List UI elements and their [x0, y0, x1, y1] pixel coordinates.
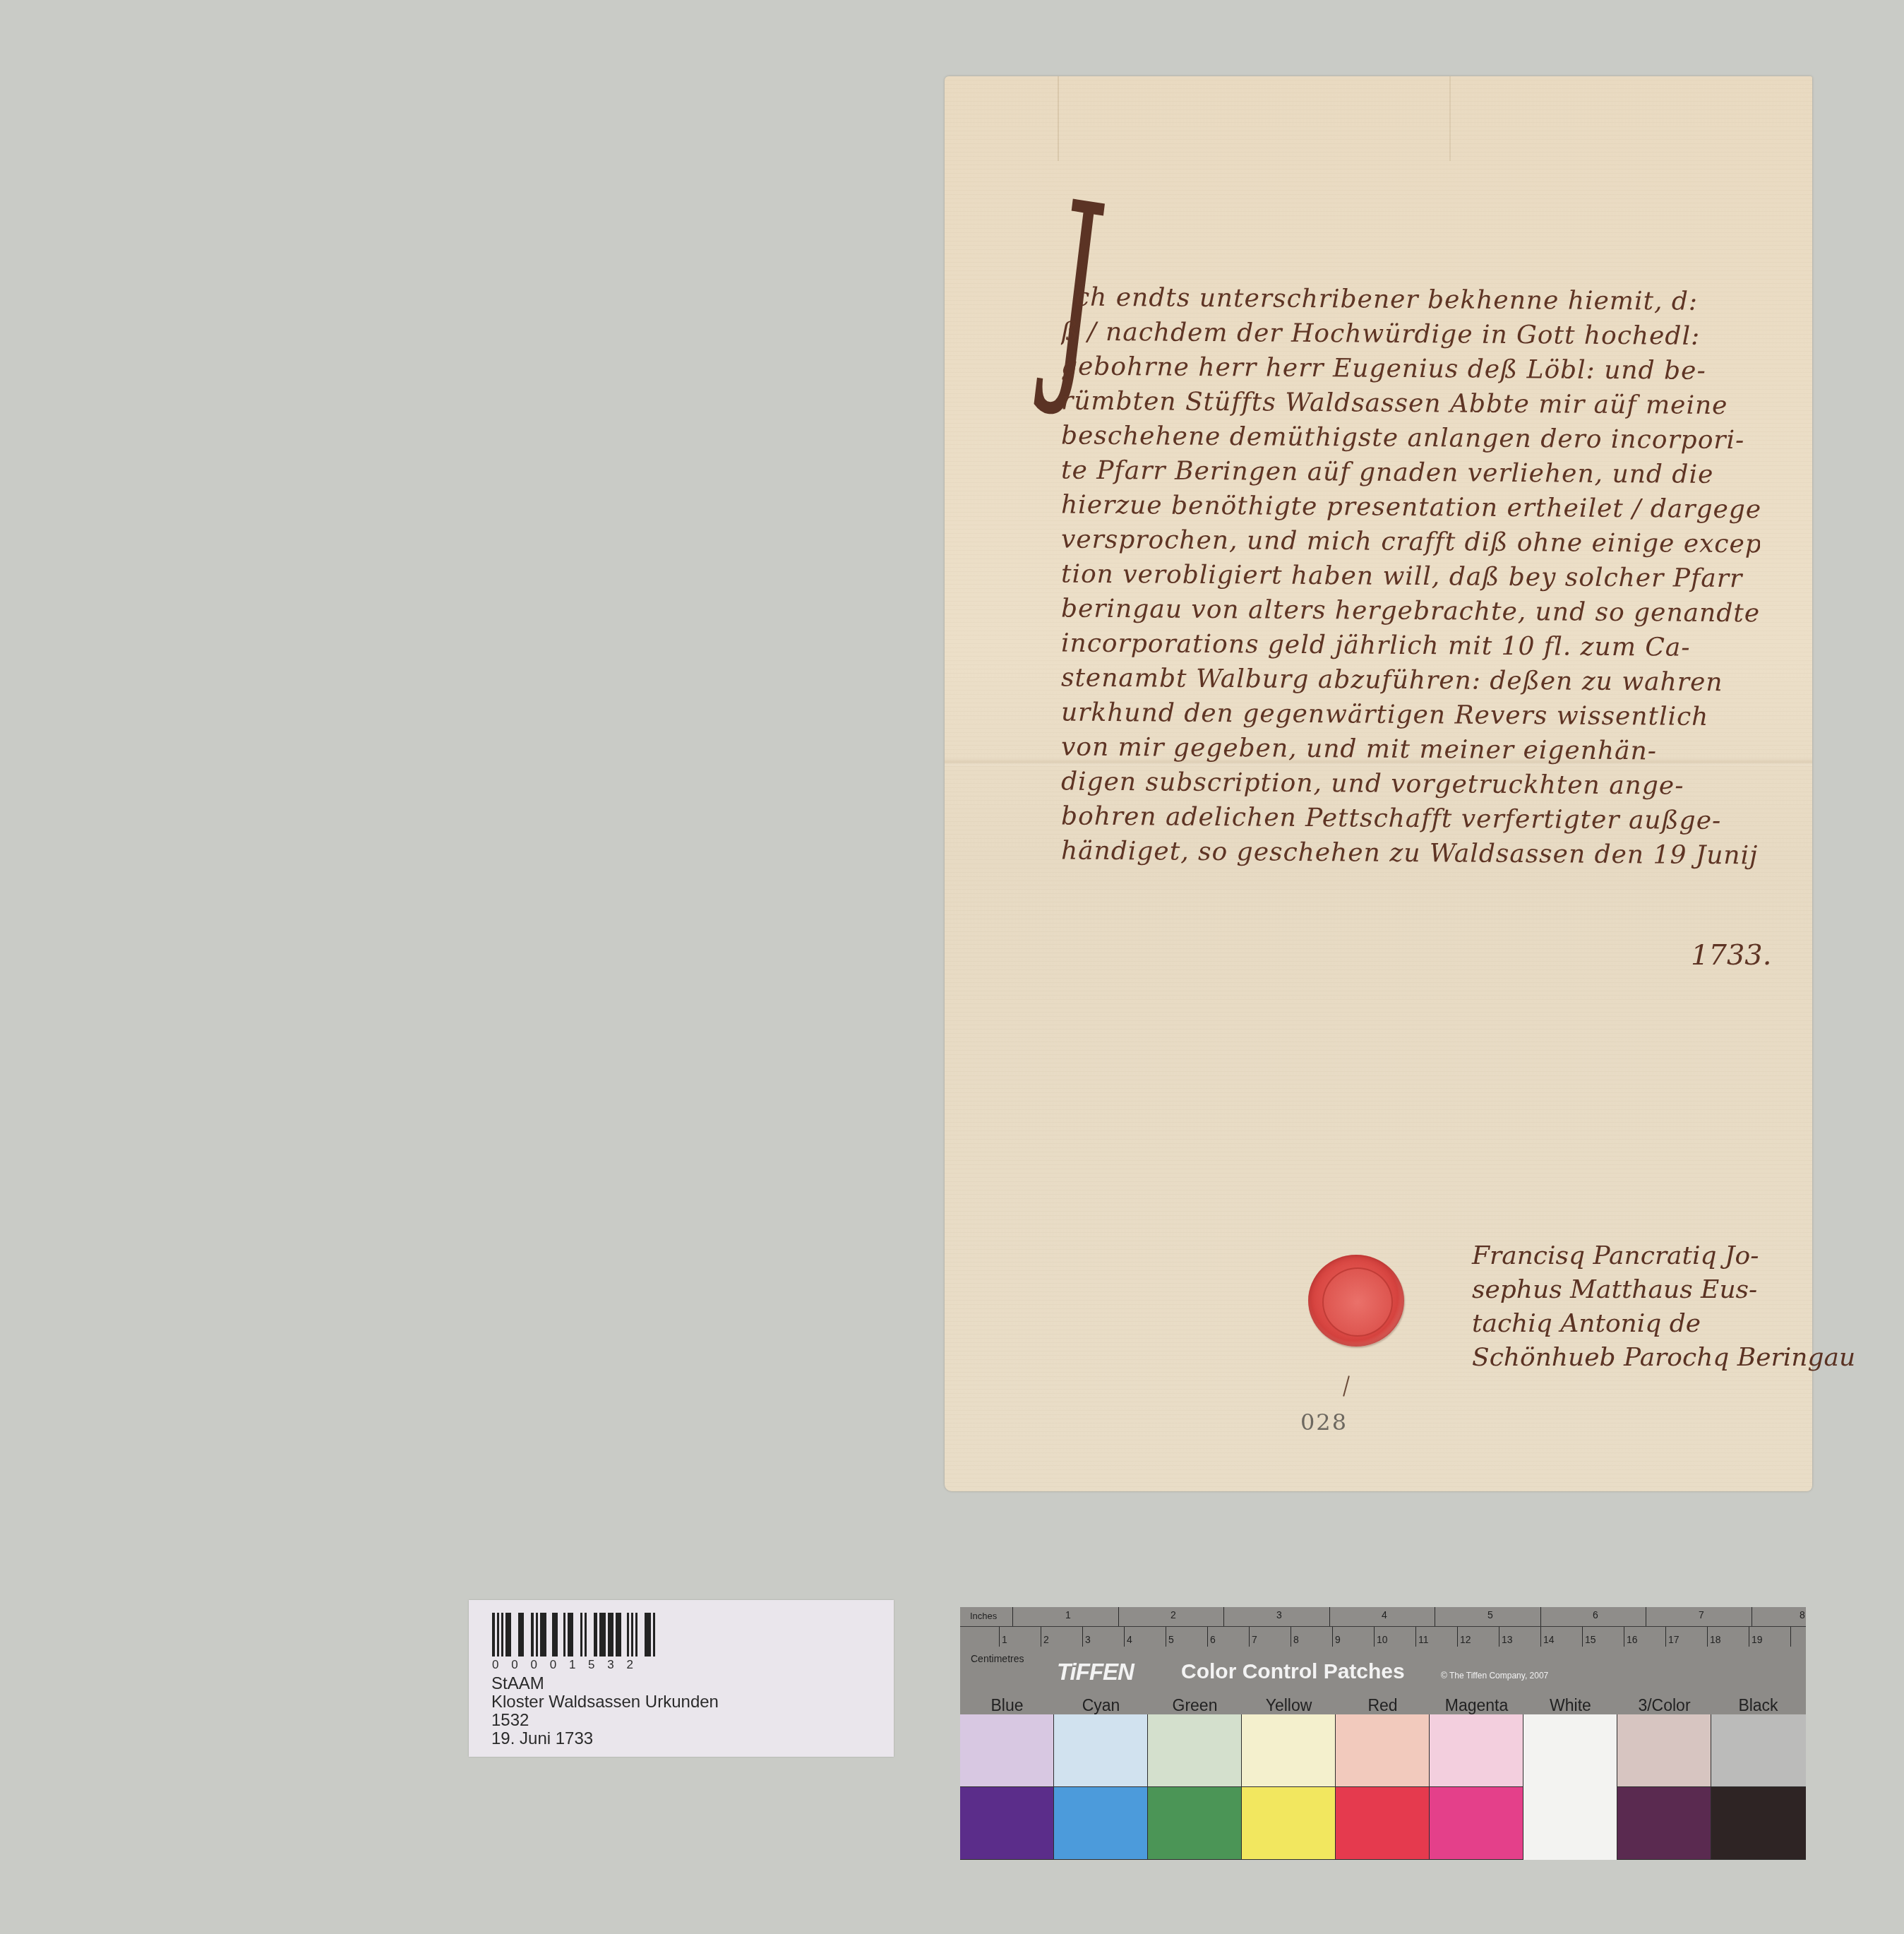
- body-line: bohren adelichen Pettschafft verfertigte…: [1061, 799, 1760, 839]
- patch-black-light: [1711, 1714, 1806, 1787]
- cm-number: 13: [1502, 1634, 1513, 1645]
- label-text: StAAM Kloster Waldsassen Urkunden 1532 1…: [491, 1675, 719, 1748]
- signature-line: sephus Matthaus Eus-: [1472, 1273, 1825, 1307]
- date-year: 1733.: [1691, 939, 1772, 972]
- patch-label-blue: Blue: [960, 1696, 1054, 1715]
- patch-white: [1523, 1714, 1617, 1860]
- barcode-digit: 0: [550, 1658, 556, 1672]
- cm-number: 12: [1460, 1634, 1471, 1645]
- archive-folio-number: 028: [1300, 1409, 1348, 1435]
- signature-line: Schönhueb Parochq Beringau: [1472, 1341, 1825, 1375]
- patch-green-dark: [1148, 1787, 1242, 1860]
- patch-green-light: [1148, 1714, 1242, 1787]
- vertical-crease-left: [1058, 76, 1059, 161]
- vertical-crease-right: [1449, 76, 1451, 161]
- body-line: digen subscription, und vorgetruckhten a…: [1061, 765, 1760, 804]
- cm-number: 14: [1543, 1634, 1555, 1645]
- body-line: tion verobligiert haben will, daß bey so…: [1061, 557, 1760, 597]
- barcode-digit: 3: [607, 1658, 613, 1672]
- cm-number: 5: [1168, 1634, 1174, 1645]
- barcode-digits: 0 0 0 0 1 5 3 2: [492, 1658, 633, 1672]
- patch-yellow-light: [1242, 1714, 1336, 1787]
- patch-red-dark: [1336, 1787, 1430, 1860]
- body-line: incorporations geld jährlich mit 10 fl. …: [1061, 626, 1760, 666]
- body-line: rümbten Stüffts Waldsassen Abbte mir aüf…: [1061, 384, 1760, 424]
- body-line: händiget, so geschehen zu Waldsassen den…: [1061, 834, 1760, 873]
- red-wax-seal: [1308, 1255, 1404, 1347]
- body-line: stenambt Walburg abzuführen: deßen zu wa…: [1061, 661, 1760, 700]
- chart-title: Color Control Patches: [1181, 1660, 1405, 1684]
- patch-label-green: Green: [1148, 1696, 1242, 1715]
- patch-label-cyan: Cyan: [1054, 1696, 1148, 1715]
- tiffen-logo: TiFFEN: [1057, 1659, 1134, 1685]
- patch-magenta-light: [1430, 1714, 1523, 1787]
- color-patches: [960, 1714, 1806, 1860]
- patch-label-white: White: [1523, 1696, 1617, 1715]
- patch-label-3color: 3/Color: [1617, 1696, 1711, 1715]
- inch-number: 4: [1382, 1609, 1387, 1620]
- body-line: beringau von alters hergebrachte, und so…: [1061, 592, 1760, 631]
- patch-magenta-dark: [1430, 1787, 1523, 1860]
- body-line: hierzue benöthigte presentation ertheile…: [1061, 488, 1760, 527]
- inch-number: 5: [1487, 1609, 1493, 1620]
- patch-3color-light: [1617, 1714, 1711, 1787]
- cm-number: 15: [1585, 1634, 1596, 1645]
- patch-label-black: Black: [1711, 1696, 1805, 1715]
- barcode-digit: 0: [511, 1658, 517, 1672]
- archive-label-card: 0 0 0 0 1 5 3 2 StAAM Kloster Waldsassen…: [469, 1600, 894, 1757]
- document-date: 19. Juni 1733: [491, 1730, 719, 1748]
- patch-label-magenta: Magenta: [1430, 1696, 1523, 1715]
- copyright-notice: © The Tiffen Company, 2007: [1441, 1671, 1548, 1681]
- barcode-digit: 2: [627, 1658, 633, 1672]
- body-line: gebohrne herr herr Eugenius deß Löbl: un…: [1061, 350, 1760, 389]
- body-line: te Pfarr Beringen aüf gnaden verliehen, …: [1061, 453, 1760, 493]
- cm-number: 6: [1210, 1634, 1216, 1645]
- signature-line: Francisq Pancratiq Jo-: [1472, 1239, 1825, 1273]
- barcode: [492, 1613, 657, 1657]
- body-line: urkhund den gegenwärtigen Revers wissent…: [1061, 696, 1760, 735]
- patch-yellow-dark: [1242, 1787, 1336, 1860]
- patch-label-red: Red: [1336, 1696, 1430, 1715]
- body-line: ß / nachdem der Hochwürdige in Gott hoch…: [1061, 315, 1760, 354]
- inch-number: 7: [1699, 1609, 1704, 1620]
- patch-cyan-dark: [1054, 1787, 1148, 1860]
- patch-red-light: [1336, 1714, 1430, 1787]
- seal-impression: [1322, 1267, 1393, 1337]
- cm-number: 2: [1043, 1634, 1049, 1645]
- cm-number: 10: [1377, 1634, 1388, 1645]
- patch-blue-light: [960, 1714, 1054, 1787]
- patch-black-dark: [1711, 1787, 1806, 1860]
- collection-name: Kloster Waldsassen Urkunden: [491, 1693, 719, 1712]
- cm-number: 8: [1293, 1634, 1299, 1645]
- signature-block: Francisq Pancratiq Jo- sephus Matthaus E…: [1472, 1239, 1825, 1375]
- inch-number: 1: [1065, 1609, 1071, 1620]
- barcode-digit: 1: [569, 1658, 575, 1672]
- patch-3color-dark: [1617, 1787, 1711, 1860]
- patch-label-yellow: Yellow: [1242, 1696, 1336, 1715]
- cm-number: 1: [1002, 1634, 1007, 1645]
- document-number: 1532: [491, 1712, 719, 1730]
- centimetres-label: Centimetres: [971, 1653, 1024, 1664]
- color-control-chart: Inches 1 2 3 4 5 6 7 8 1 2 3 4 5 6 7 8 9…: [960, 1607, 1806, 1714]
- barcode-digit: 0: [492, 1658, 498, 1672]
- cm-number: 17: [1668, 1634, 1680, 1645]
- body-line: ch endts unterschribener bekhenne hiemit…: [1061, 280, 1760, 320]
- patch-blue-dark: [960, 1787, 1054, 1860]
- cm-number: 3: [1085, 1634, 1091, 1645]
- cm-number: 7: [1252, 1634, 1257, 1645]
- cm-number: 4: [1127, 1634, 1132, 1645]
- cm-number: 9: [1335, 1634, 1341, 1645]
- inches-label: Inches: [970, 1611, 997, 1621]
- cm-number: 16: [1627, 1634, 1638, 1645]
- inch-number: 2: [1170, 1609, 1176, 1620]
- cm-number: 18: [1710, 1634, 1721, 1645]
- signature-line: tachiq Antoniq de: [1472, 1307, 1825, 1341]
- cm-number: 11: [1418, 1634, 1429, 1645]
- barcode-digit: 5: [588, 1658, 594, 1672]
- inch-number: 8: [1800, 1609, 1805, 1620]
- cm-number: 19: [1752, 1634, 1763, 1645]
- body-line: von mir gegeben, und mit meiner eigenhän…: [1061, 730, 1760, 770]
- barcode-digit: 0: [530, 1658, 537, 1672]
- body-line: beschehene demüthigste anlangen dero inc…: [1061, 419, 1760, 458]
- body-line: versprochen, und mich crafft diß ohne ei…: [1061, 523, 1760, 562]
- inch-number: 6: [1593, 1609, 1598, 1620]
- inch-number: 3: [1276, 1609, 1282, 1620]
- handwritten-body: ch endts unterschribener bekhenne hiemit…: [1061, 282, 1760, 871]
- patch-cyan-light: [1054, 1714, 1148, 1787]
- archive-name: StAAM: [491, 1675, 719, 1693]
